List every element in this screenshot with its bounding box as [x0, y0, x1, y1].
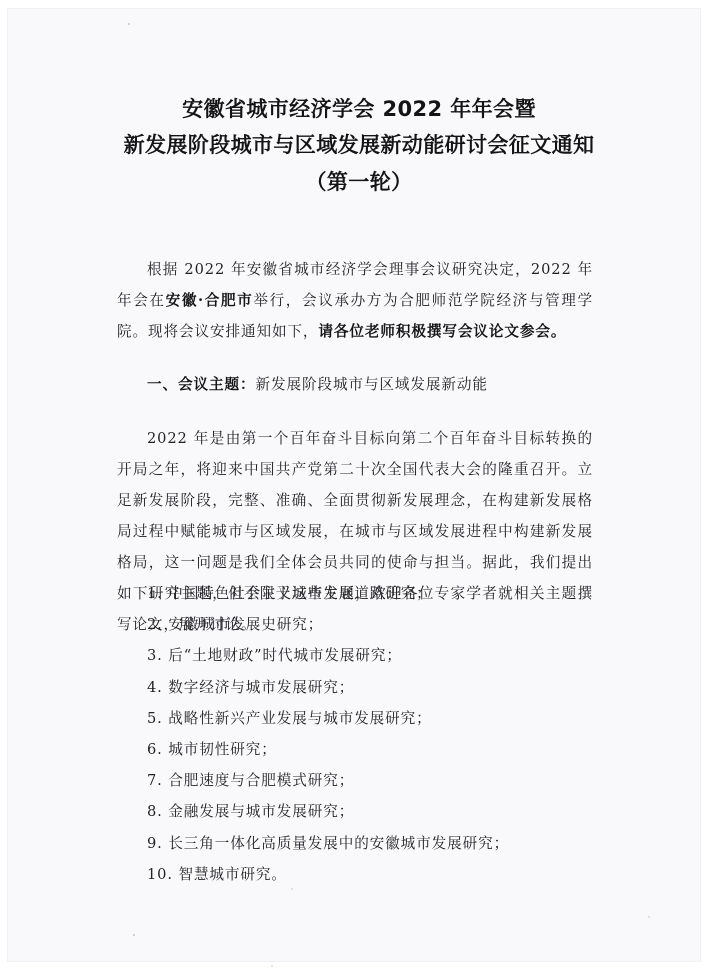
list-item: 1. 中国特色社会主义城市发展道路研究；: [147, 578, 607, 609]
section-heading-theme: 一、会议主题：新发展阶段城市与区域发展新动能: [147, 369, 597, 400]
scan-speck: [133, 934, 135, 936]
list-item: 8. 金融发展与城市发展研究；: [147, 796, 607, 827]
list-item: 9. 长三角一体化高质量发展中的安徽城市发展研究；: [147, 828, 607, 859]
list-item: 5. 战略性新兴产业发展与城市发展研究；: [147, 703, 607, 734]
intro-paragraph: 根据 2022 年安徽省城市经济学会理事会议研究决定，2022 年年会在安徽·合…: [117, 254, 593, 347]
call-for-papers: 请各位老师积极撰写会议论文参会。: [318, 323, 566, 340]
meeting-location: 安徽·合肥市: [166, 292, 254, 309]
scan-speck: [271, 965, 273, 967]
research-topics-list: 1. 中国特色社会主义城市发展道路研究； 2. 安徽城市发展史研究； 3. 后“…: [147, 578, 607, 890]
list-item: 6. 城市韧性研究；: [147, 734, 607, 765]
document-title-line-2: 新发展阶段城市与区域发展新动能研讨会征文通知: [0, 129, 710, 159]
section-heading-value: 新发展阶段城市与区域发展新动能: [255, 376, 487, 393]
list-item: 4. 数字经济与城市发展研究；: [147, 672, 607, 703]
list-item: 3. 后“土地财政”时代城市发展研究；: [147, 640, 607, 671]
list-item: 2. 安徽城市发展史研究；: [147, 609, 607, 640]
scan-speck: [648, 916, 650, 918]
list-item: 7. 合肥速度与合肥模式研究；: [147, 765, 607, 796]
document-title-line-1: 安徽省城市经济学会 2022 年年会暨: [0, 93, 710, 123]
document-title-round: （第一轮）: [0, 166, 710, 196]
list-item: 10. 智慧城市研究。: [147, 859, 607, 890]
scan-speck: [128, 23, 130, 25]
section-heading-label: 一、会议主题：: [147, 376, 255, 393]
